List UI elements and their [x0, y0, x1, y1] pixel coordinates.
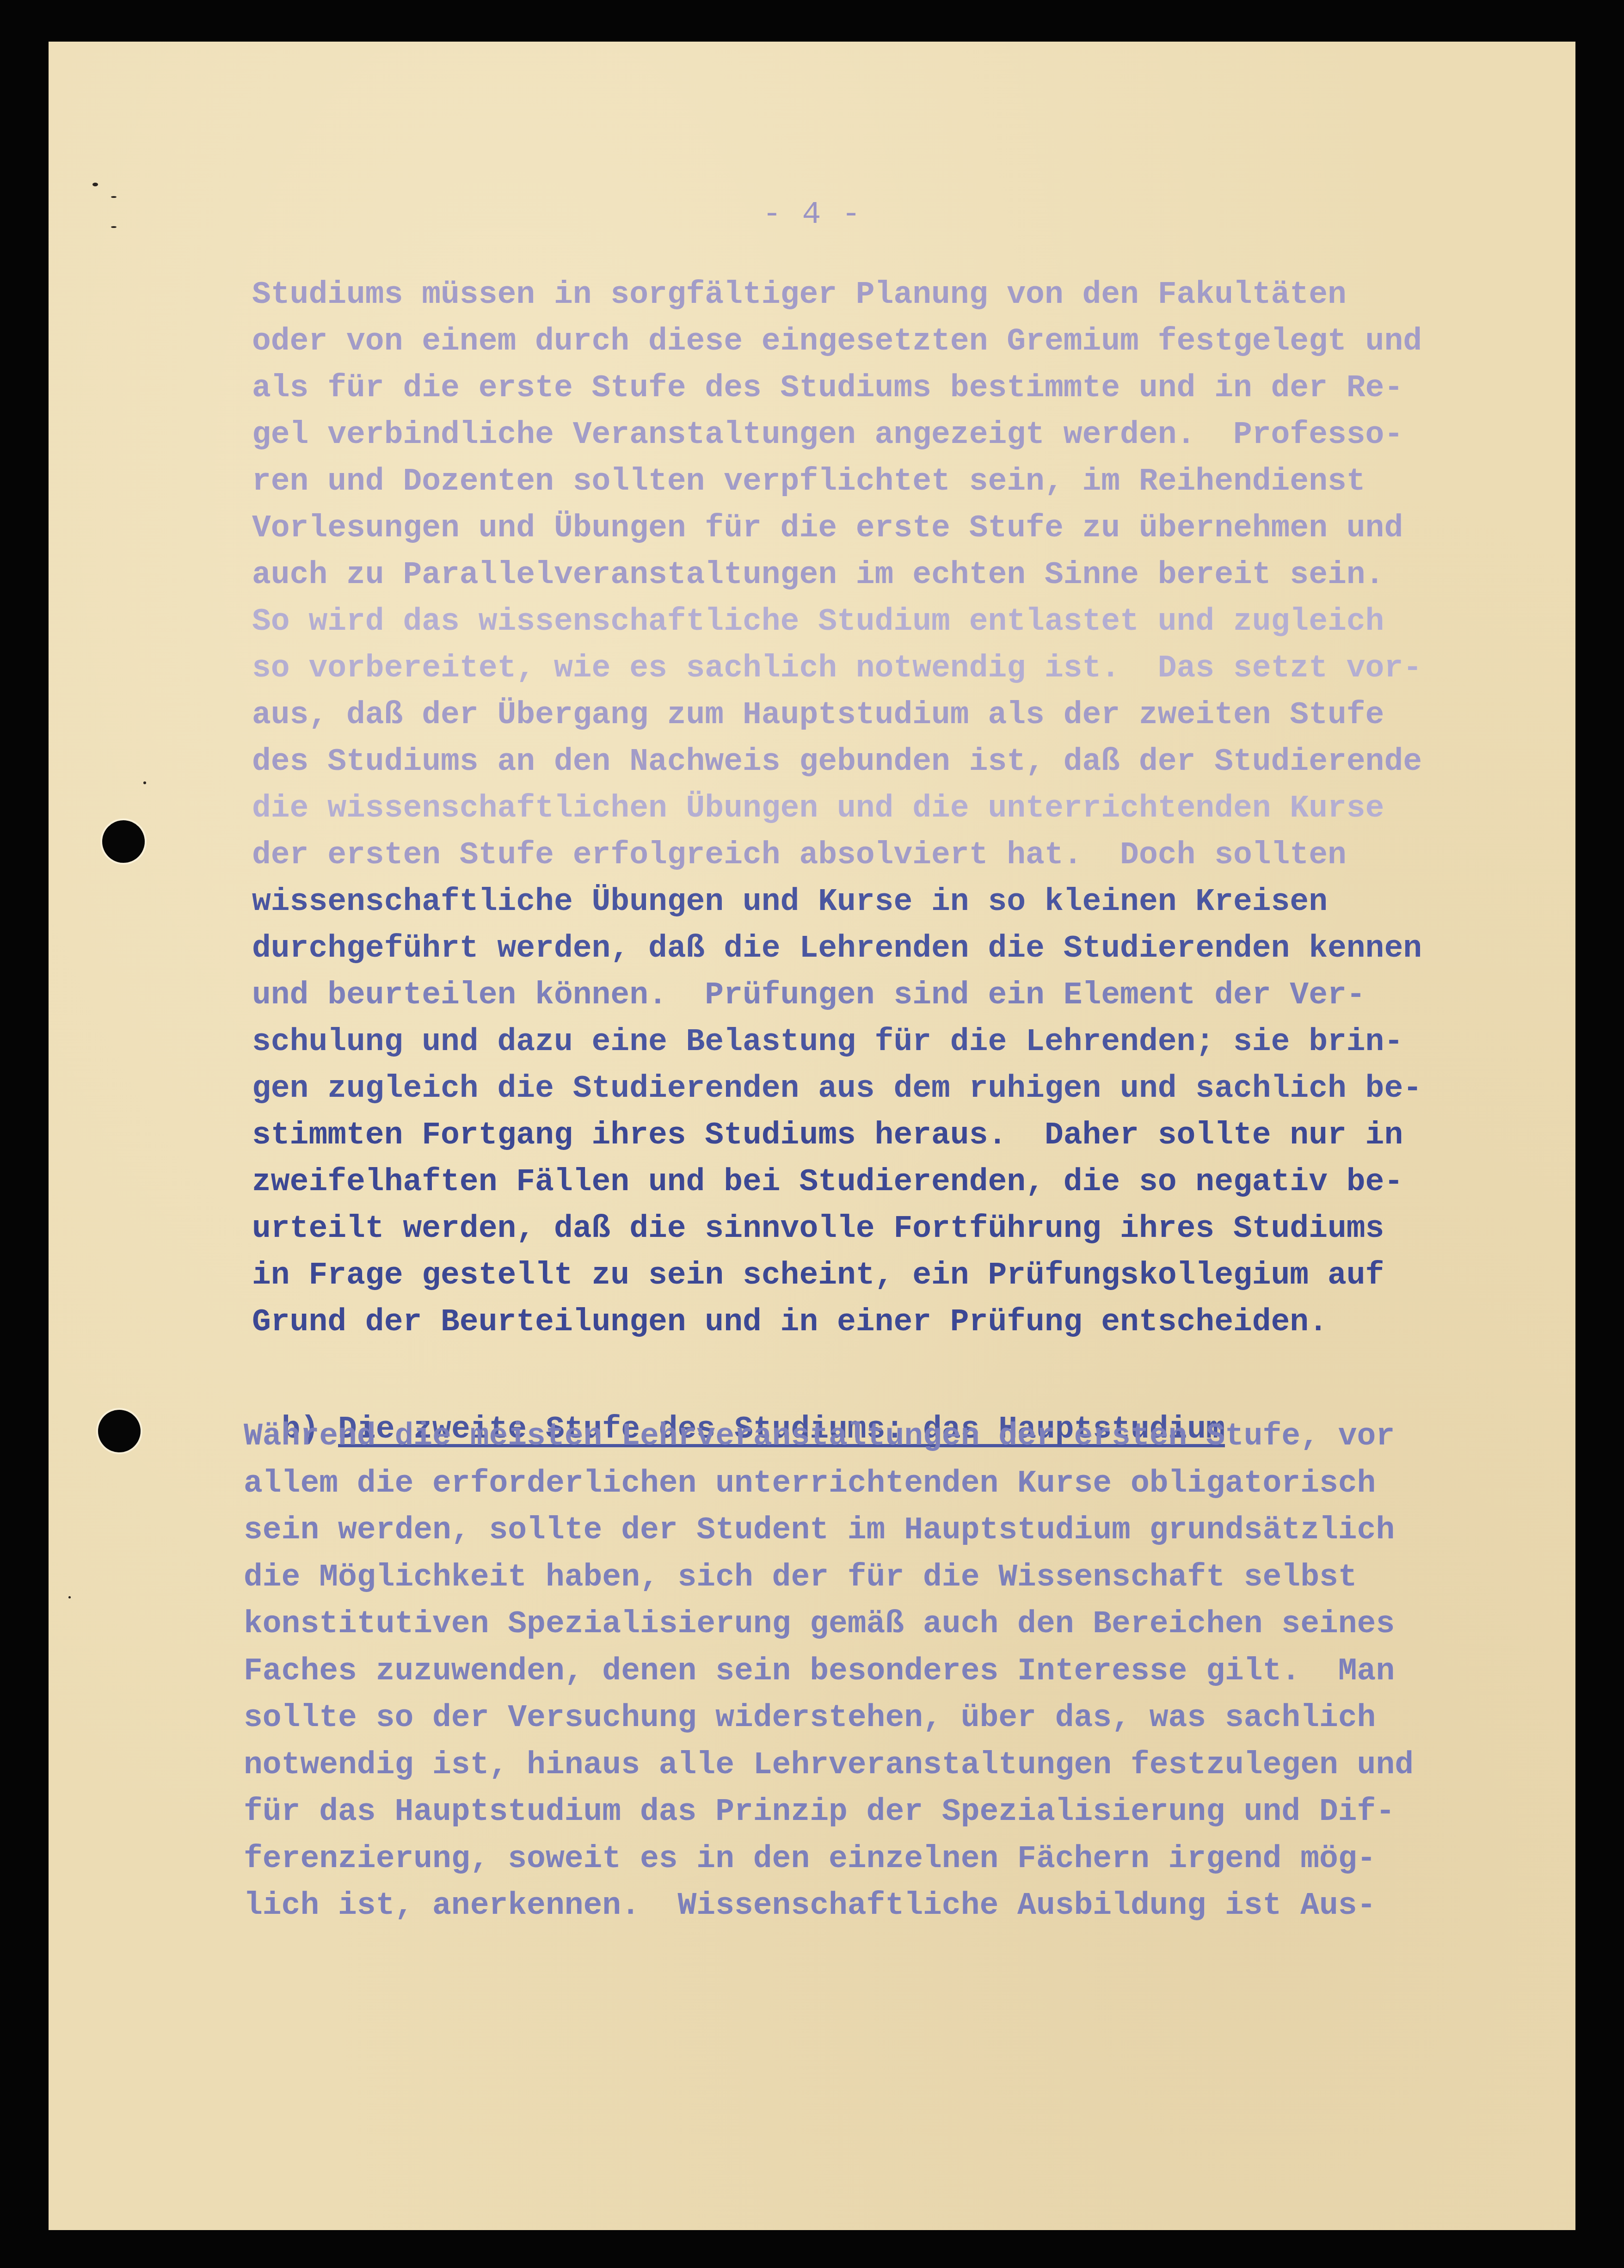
text-line: der ersten Stufe erfolgreich absolviert … — [252, 837, 1347, 874]
text-line: gel verbindliche Veranstaltungen angezei… — [252, 417, 1403, 454]
text-line: durchgeführt werden, daß die Lehrenden d… — [252, 930, 1422, 967]
text-line: oder von einem durch diese eingesetzten … — [252, 323, 1422, 360]
text-line: lich ist, anerkennen. Wissenschaftliche … — [244, 1887, 1376, 1924]
text-line: sein werden, sollte der Student im Haupt… — [244, 1512, 1395, 1549]
text-line: Studiums müssen in sorgfältiger Planung … — [252, 277, 1347, 313]
text-line: sollte so der Versuchung widerstehen, üb… — [244, 1700, 1376, 1737]
text-line: so vorbereitet, wie es sachlich notwendi… — [252, 650, 1422, 687]
text-line: auch zu Parallelveranstaltungen im echte… — [252, 557, 1384, 594]
text-line: notwendig ist, hinaus alle Lehrveranstal… — [244, 1747, 1414, 1784]
paper-speck — [68, 1596, 71, 1598]
text-line: für das Hauptstudium das Prinzip der Spe… — [244, 1794, 1395, 1831]
text-line: allem die erforderlichen unterrichtenden… — [244, 1465, 1376, 1502]
paper-speck — [92, 183, 98, 186]
text-line: stimmten Fortgang ihres Studiums heraus.… — [252, 1117, 1403, 1154]
text-line: des Studiums an den Nachweis gebunden is… — [252, 744, 1422, 781]
text-line: und beurteilen können. Prüfungen sind ei… — [252, 977, 1366, 1014]
text-line: in Frage gestellt zu sein scheint, ein P… — [252, 1257, 1384, 1294]
text-line: urteilt werden, daß die sinnvolle Fortfü… — [252, 1211, 1384, 1248]
page-number: - 4 - — [0, 197, 1624, 234]
text-line: Während die meisten Lehrveranstaltungen … — [244, 1418, 1395, 1455]
text-line: ren und Dozenten sollten verpflichtet se… — [252, 463, 1366, 500]
text-line: zweifelhaften Fällen und bei Studierende… — [252, 1164, 1403, 1201]
punch-hole-lower — [98, 1410, 141, 1452]
punch-hole-upper — [102, 820, 145, 863]
text-line: Vorlesungen und Übungen für die erste St… — [252, 510, 1403, 547]
paper-speck — [143, 781, 146, 784]
text-line: die wissenschaftlichen Übungen und die u… — [252, 790, 1384, 827]
text-line: wissenschaftliche Übungen und Kurse in s… — [252, 884, 1328, 921]
text-line: Grund der Beurteilungen und in einer Prü… — [252, 1304, 1328, 1341]
text-line: die Möglichkeit haben, sich der für die … — [244, 1559, 1357, 1596]
text-line: als für die erste Stufe des Studiums bes… — [252, 370, 1403, 407]
text-line: konstitutiven Spezialisierung gemäß auch… — [244, 1606, 1395, 1643]
text-line: Faches zuzuwenden, denen sein besonderes… — [244, 1653, 1395, 1690]
text-line: ferenzierung, soweit es in den einzelnen… — [244, 1841, 1376, 1878]
text-line: schulung und dazu eine Belastung für die… — [252, 1024, 1403, 1061]
text-line: aus, daß der Übergang zum Hauptstudium a… — [252, 697, 1384, 734]
text-line: gen zugleich die Studierenden aus dem ru… — [252, 1070, 1422, 1107]
text-line: So wird das wissenschaftliche Studium en… — [252, 603, 1384, 640]
